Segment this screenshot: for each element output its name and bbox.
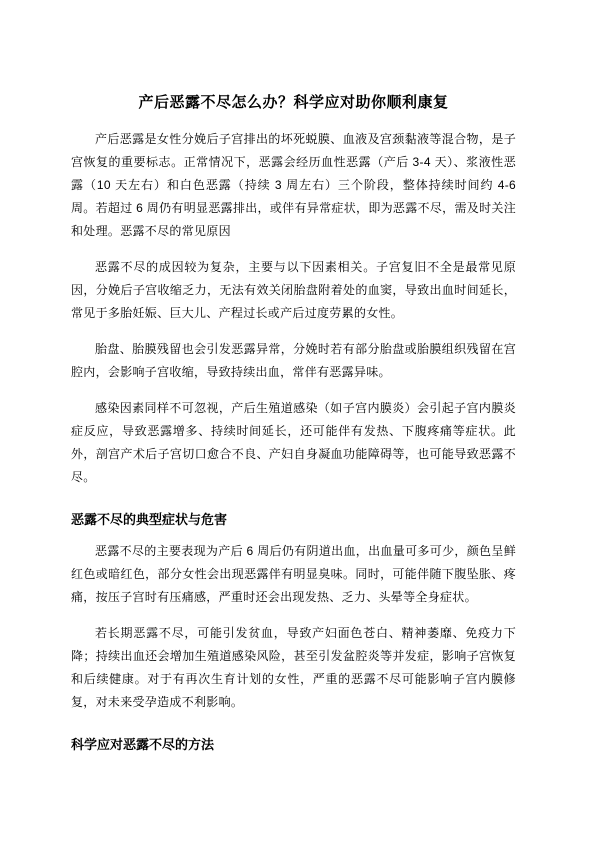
document-title: 产后恶露不尽怎么办？科学应对助你顺利康复 [71,90,516,115]
body-paragraph-causes-residual: 胎盘、胎膜残留也会引发恶露异常，分娩时若有部分胎盘或胎膜组织残留在宫腔内，会影响… [71,338,516,384]
body-paragraph-symptoms: 恶露不尽的主要表现为产后 6 周后仍有阴道出血，出血量可多可少，颜色呈鲜红色或暗… [71,540,516,609]
body-paragraph-causes-infection: 感染因素同样不可忽视，产后生殖道感染（如子宫内膜炎）会引起子宫内膜炎症反应，导致… [71,397,516,489]
body-paragraph-harms: 若长期恶露不尽，可能引发贫血，导致产妇面色苍白、精神萎靡、免疫力下降；持续出血还… [71,622,516,714]
heading-treatment-methods: 科学应对恶露不尽的方法 [71,733,516,756]
document-page: 产后恶露不尽怎么办？科学应对助你顺利康复 产后恶露是女性分娩后子宫排出的坏死蜕膜… [0,0,595,841]
heading-symptoms-harms: 恶露不尽的典型症状与危害 [71,508,516,531]
body-paragraph-causes-uterine: 恶露不尽的成因较为复杂，主要与以下因素相关。子宫复旧不全是最常见原因，分娩后子宫… [71,256,516,325]
body-paragraph-overview: 产后恶露是女性分娩后子宫排出的坏死蜕膜、血液及宫颈黏液等混合物，是子宫恢复的重要… [71,128,516,243]
